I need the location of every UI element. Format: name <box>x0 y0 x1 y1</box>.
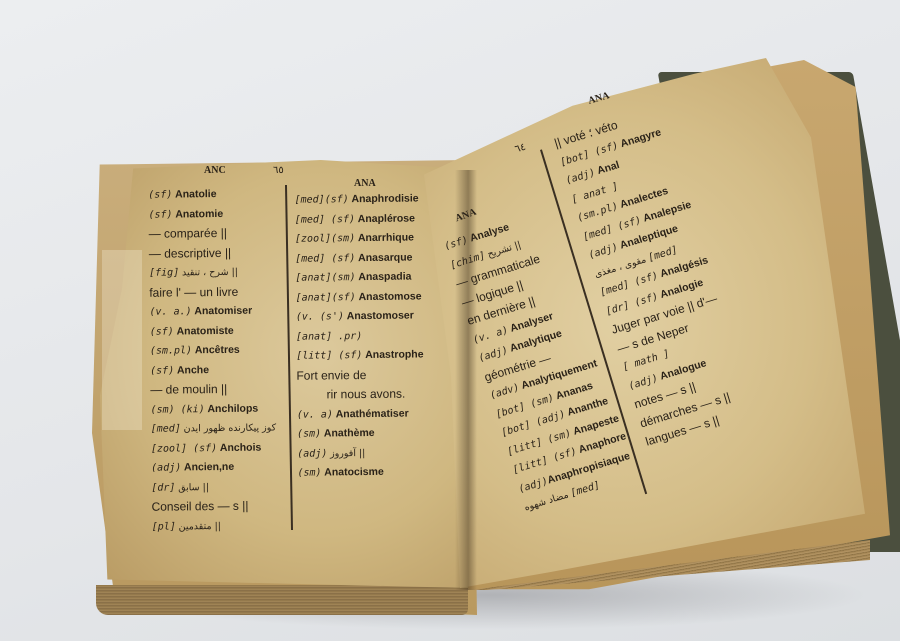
entry: (sf) Anatomie <box>148 204 288 225</box>
entry: (sm) (ki) Anchilops <box>150 399 290 420</box>
entry: (adj) || آفوروز <box>297 443 437 464</box>
entry: (sf) Anatomiste <box>150 321 290 342</box>
entry: [anat](sf) Anastomose <box>295 287 435 308</box>
entry: (sm) Anatocisme <box>297 462 437 483</box>
left-page-header-right: ANA <box>354 178 376 189</box>
entry: [med](sf) Anaphrodisie <box>294 189 434 210</box>
entry: (sf) Anche <box>150 360 290 381</box>
entry: [litt] (sf) Anastrophe <box>296 345 436 366</box>
entry: (adj) Ancien,ne <box>151 457 291 478</box>
entry: (v. a.) Anatomiser <box>149 301 289 322</box>
entry: — comparée || <box>149 223 289 244</box>
left-page-header-left: ANC <box>204 165 226 176</box>
entry: rir nous avons. <box>297 384 437 405</box>
entry: Fort envie de <box>296 365 436 386</box>
entry: Conseil des — s || <box>151 496 291 517</box>
entry: [anat](sm) Anaspadia <box>295 267 435 288</box>
entry: (v. a) Anathématiser <box>297 404 437 425</box>
left-page-number: ٦٥ <box>273 165 284 176</box>
left-page-tear <box>102 250 142 430</box>
entry: (v. (s') Anastomoser <box>296 306 436 327</box>
photo-scene: ANC ٦٥ ANA (sf) Anatolie (sf) Anatomie —… <box>0 0 900 641</box>
entry: (sf) Anatolie <box>148 184 288 205</box>
entry: faire l' — un livre <box>149 282 289 303</box>
entry: (sm) Anathème <box>297 423 437 444</box>
entry: [fig] || شرح ، تنقيد <box>149 262 289 283</box>
entry: [med] (sf) Anasarque <box>295 248 435 269</box>
entry: — descriptive || <box>149 243 289 264</box>
entry: [med] کوز پیکارنده ظهور ایدن <box>151 418 291 439</box>
entry: [dr] || سابق <box>151 477 291 498</box>
left-page-edges <box>96 585 468 615</box>
entry: [med] (sf) Anaplérose <box>295 209 435 230</box>
entry: [zool](sm) Anarrhique <box>295 228 435 249</box>
left-page-column-2: [med](sf) Anaphrodisie [med] (sf) Anaplé… <box>294 189 437 483</box>
entry: — de moulin || <box>150 379 290 400</box>
entry: [anat] .pr) <box>296 326 436 347</box>
left-page-column-1: (sf) Anatolie (sf) Anatomie — comparée |… <box>148 184 292 536</box>
entry: (sm.pl) Ancêtres <box>150 340 290 361</box>
entry: [zool] (sf) Anchois <box>151 438 291 459</box>
entry: [pl] || متقدمين <box>152 516 292 537</box>
